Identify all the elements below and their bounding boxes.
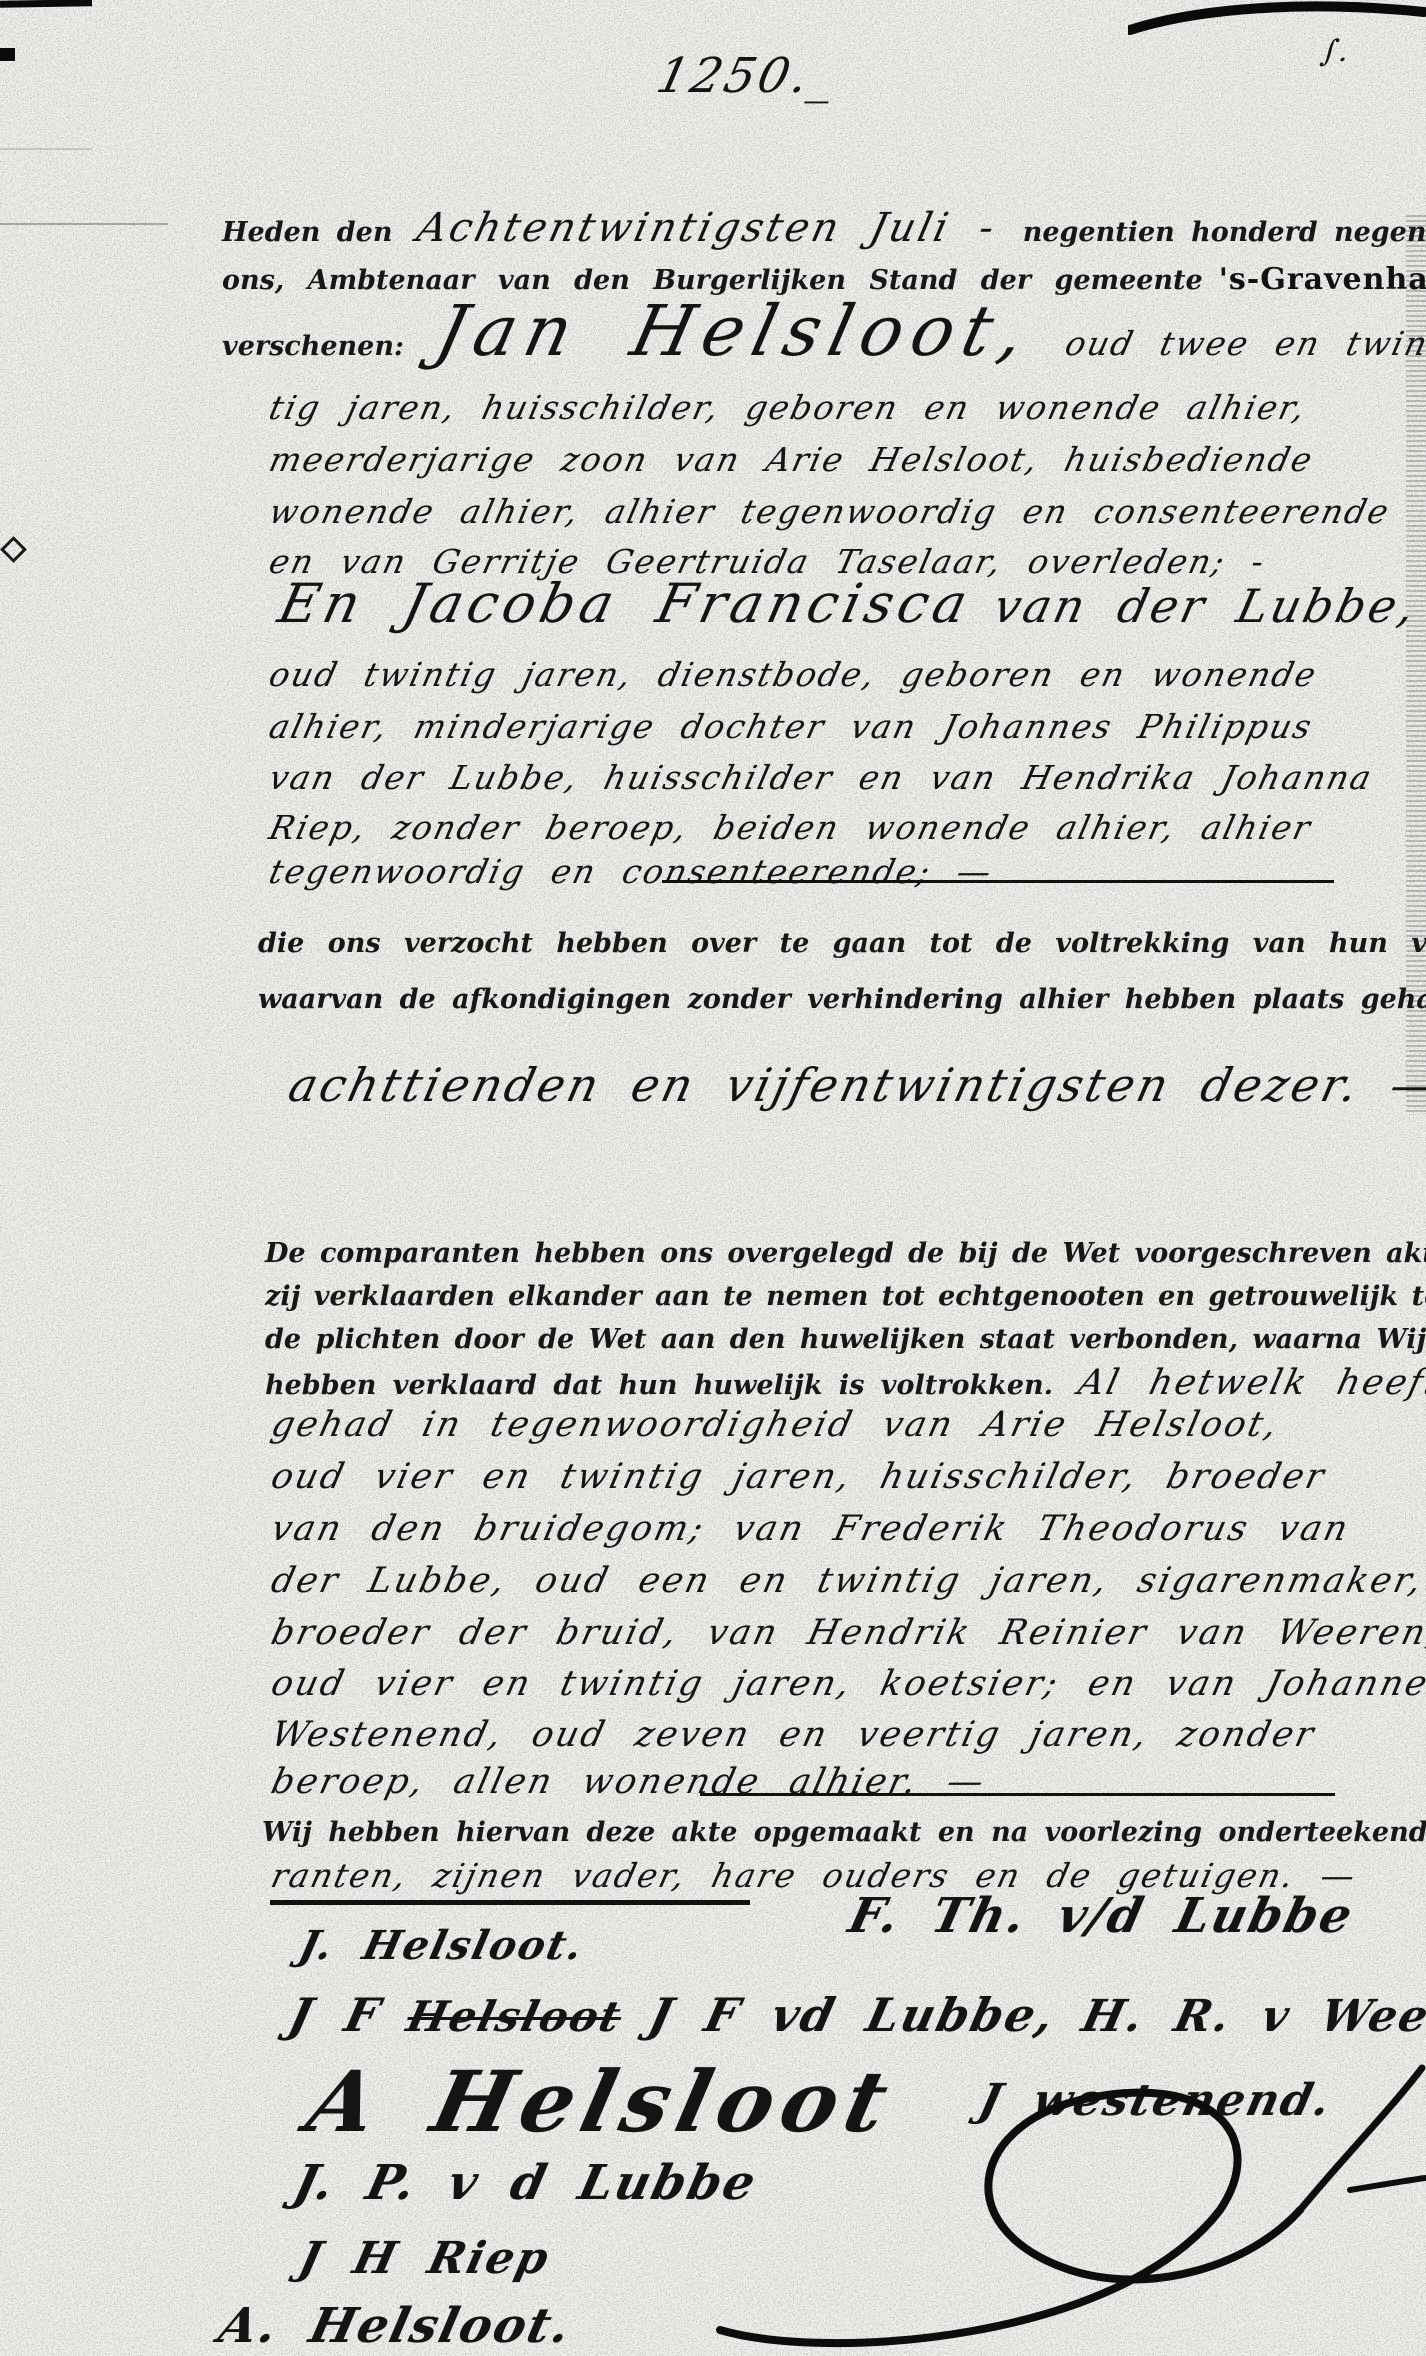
printed-year: negentien honderd negen zijn voor bbox=[1023, 217, 1426, 248]
groom-name: Jan Helsloot, bbox=[428, 290, 1041, 372]
groom-detail-line: tig jaren, huisschilder, geboren en wone… bbox=[265, 388, 1310, 427]
intro-line-1: Heden den Achtentwintigsten Juli - negen… bbox=[222, 205, 1426, 251]
groom-detail-line: wonende alhier, alhier tegenwoordig en c… bbox=[265, 492, 1394, 531]
groom-age-start: oud twee en twin- bbox=[1061, 324, 1426, 363]
request-line-2: waarvan de afkondigingen zonder verhinde… bbox=[258, 972, 1426, 1018]
registrar-flourish-signature bbox=[650, 2040, 1426, 2356]
request-line-2-printed: waarvan de afkondigingen zonder verhinde… bbox=[258, 984, 1426, 1015]
witness-line: beroep, allen wonende alhier. — bbox=[267, 1762, 989, 1802]
closing-printed: Wij hebben hiervan deze akte opgemaakt e… bbox=[262, 1817, 1426, 1848]
bride-detail-line: van der Lubbe, huisschilder en van Hendr… bbox=[265, 758, 1376, 797]
bride-name-line: En Jacoba Francisca van der Lubbe, bbox=[280, 572, 1417, 635]
fill-rule-2 bbox=[700, 1793, 1335, 1796]
corner-page-mark: ∫. bbox=[1318, 34, 1355, 69]
left-edge-mark bbox=[0, 48, 15, 61]
top-right-ink-stroke bbox=[1128, 0, 1426, 38]
printed-verschenen: verschenen: bbox=[222, 331, 404, 362]
signature-bride-struck-name: Helsloot bbox=[403, 1992, 628, 2041]
scan-streak-2 bbox=[0, 223, 168, 225]
declaration-line: zij verklaarden elkander aan te nemen to… bbox=[265, 1281, 1426, 1312]
witness-line: van den bruidegom; van Frederik Theodoru… bbox=[267, 1509, 1354, 1549]
signature-groom: J. Helsloot. bbox=[295, 1922, 589, 1969]
handwritten-al-hetwelk: Al hetwelk heeft plaats bbox=[1074, 1363, 1426, 1403]
bride-detail-line: oud twintig jaren, dienstbode, geboren e… bbox=[265, 655, 1321, 694]
witness-line: broeder der bruid, van Hendrik Reinier v… bbox=[267, 1613, 1426, 1653]
bride-detail-line: Riep, zonder beroep, beiden wonende alhi… bbox=[265, 808, 1315, 847]
left-edge-diamond-mark bbox=[0, 536, 27, 563]
signature-row-2: J F Helsloot J F vd Lubbe, H. R. v Weere… bbox=[290, 1988, 1426, 2042]
closing-underline bbox=[270, 1900, 750, 1905]
scan-streak-1 bbox=[0, 148, 92, 150]
act-number: 1250._ bbox=[652, 48, 844, 104]
declaration-line-4: hebben verklaard dat hun huwelijk is vol… bbox=[265, 1363, 1426, 1403]
signature-bride: J F vd Lubbe, bbox=[644, 1988, 1061, 2042]
signature-witness-weeren: H. R. v Weeren bbox=[1077, 1991, 1426, 2042]
marriage-certificate-scan: ∫. 1250._ Heden den Achtentwintigsten Ju… bbox=[0, 0, 1426, 2356]
signature-mother-bride: J H Riep bbox=[294, 2233, 555, 2284]
signature-bride-initials: J F bbox=[284, 1988, 387, 2042]
request-line-1: die ons verzocht hebben over te gaan tot… bbox=[258, 928, 1426, 959]
declaration-line: de plichten door de Wet aan den huwelijk… bbox=[265, 1324, 1426, 1355]
bride-name-suffix: van der Lubbe, bbox=[989, 579, 1423, 633]
witness-line: oud vier en twintig jaren, huisschilder,… bbox=[267, 1457, 1330, 1497]
printed-heden-den: Heden den bbox=[222, 217, 392, 248]
signature-bottom-helsloot: A. Helsloot. bbox=[214, 2298, 578, 2354]
handwritten-date: Achtentwintigsten Juli - bbox=[413, 205, 1002, 251]
witness-line: oud vier en twintig jaren, koetsier; en … bbox=[267, 1664, 1426, 1704]
declaration-line-4-printed: hebben verklaard dat hun huwelijk is vol… bbox=[265, 1370, 1053, 1401]
intro-line-3: verschenen: Jan Helsloot, oud twee en tw… bbox=[222, 290, 1426, 372]
witness-line: der Lubbe, oud een en twintig jaren, sig… bbox=[267, 1561, 1426, 1601]
bride-name: En Jacoba Francisca bbox=[273, 572, 978, 635]
groom-detail-line: meerderjarige zoon van Arie Helsloot, hu… bbox=[265, 440, 1317, 479]
closing-line-1: Wij hebben hiervan deze akte opgemaakt e… bbox=[262, 1810, 1426, 1849]
publication-dates-line: achttienden en vijfentwintigsten dezer. … bbox=[284, 1058, 1426, 1112]
signature-witness-lubbe: F. Th. v/d Lubbe bbox=[844, 1888, 1360, 1944]
fill-rule-1 bbox=[662, 880, 1334, 883]
bride-detail-line: tegenwoordig en consenteerende; — bbox=[265, 852, 996, 891]
declaration-line: De comparanten hebben ons overgelegd de … bbox=[265, 1238, 1426, 1269]
witness-line: Westenend, oud zeven en veertig jaren, z… bbox=[267, 1715, 1319, 1755]
bride-detail-line: alhier, minderjarige dochter van Johanne… bbox=[265, 707, 1317, 746]
top-left-edge-mark bbox=[0, 0, 92, 8]
witness-line: gehad in tegenwoordigheid van Arie Helsl… bbox=[267, 1405, 1283, 1445]
